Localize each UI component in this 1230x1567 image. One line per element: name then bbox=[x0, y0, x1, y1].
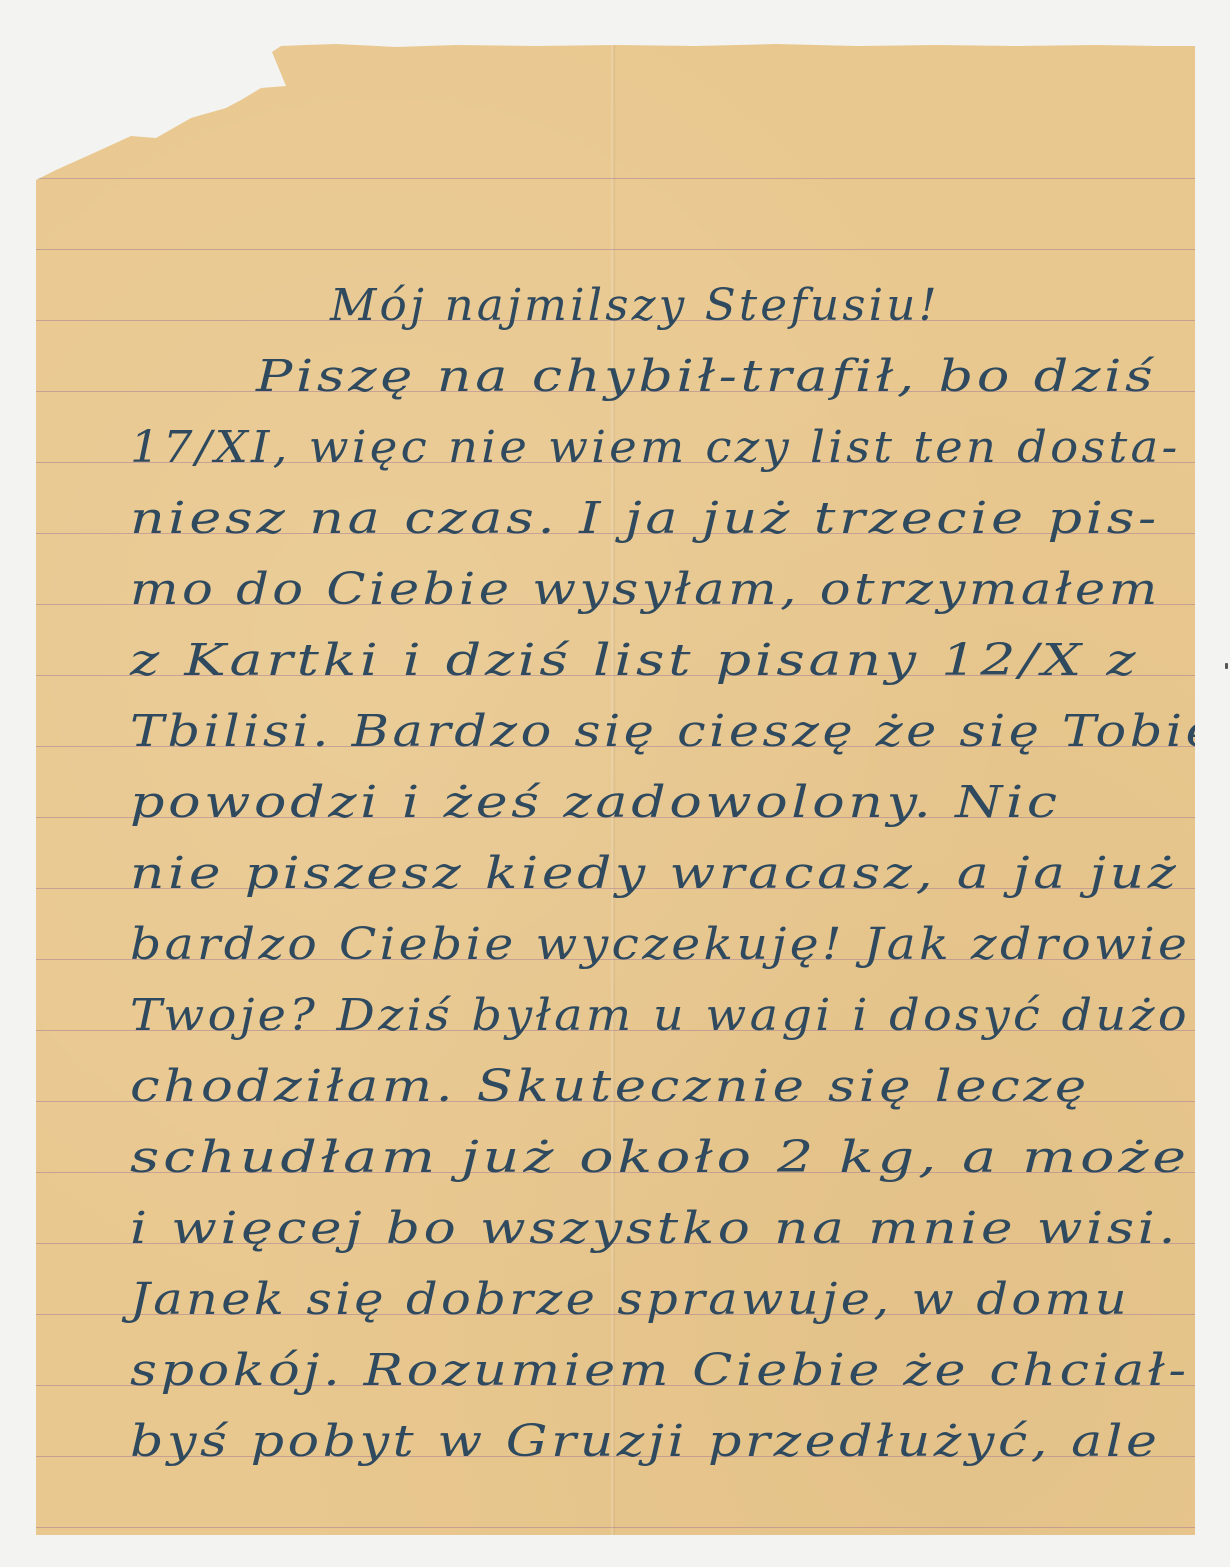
letter-line: i więcej bo wszystko na mnie wisi. bbox=[130, 1207, 1179, 1251]
ruled-line bbox=[36, 249, 1195, 250]
letter-line: Piszę na chybił-trafił, bo dziś bbox=[256, 355, 1156, 399]
letter-salutation: Mój najmilszy Stefusiu! bbox=[330, 284, 940, 328]
ruled-line bbox=[36, 1527, 1195, 1528]
letter-line: mo do Ciebie wysyłam, otrzymałem bbox=[130, 568, 1161, 612]
letter-line: niesz na czas. I ja już trzecie pis- bbox=[130, 497, 1160, 541]
letter-line: nie piszesz kiedy wracasz, a ja już bbox=[130, 852, 1180, 896]
letter-paper: Mój najmilszy Stefusiu! Piszę na chybił-… bbox=[36, 40, 1195, 1535]
scan-speck bbox=[1225, 663, 1228, 669]
letter-line: bardzo Ciebie wyczekuję! Jak zdrowie bbox=[130, 923, 1190, 967]
scanned-letter: Mój najmilszy Stefusiu! Piszę na chybił-… bbox=[0, 0, 1230, 1567]
letter-line: z Kartki i dziś list pisany 12/X z bbox=[130, 639, 1139, 683]
letter-line: Tbilisi. Bardzo się cieszę że się Tobie bbox=[130, 710, 1219, 754]
ruled-line bbox=[36, 178, 1195, 179]
letter-line: Janek się dobrze sprawuje, w domu bbox=[130, 1278, 1130, 1322]
letter-line: 17/XI, więc nie wiem czy list ten dosta- bbox=[130, 426, 1180, 470]
letter-line: powodzi i żeś zadowolony. Nic bbox=[130, 781, 1061, 825]
letter-line: Twoje? Dziś byłam u wagi i dosyć dużo bbox=[130, 994, 1190, 1038]
letter-line: schudłam już około 2 kg, a może bbox=[130, 1136, 1190, 1180]
letter-line: spokój. Rozumiem Ciebie że chciał- bbox=[130, 1349, 1190, 1393]
letter-line: byś pobyt w Gruzji przedłużyć, ale bbox=[130, 1420, 1161, 1464]
letter-line: chodziłam. Skutecznie się leczę bbox=[130, 1065, 1090, 1109]
